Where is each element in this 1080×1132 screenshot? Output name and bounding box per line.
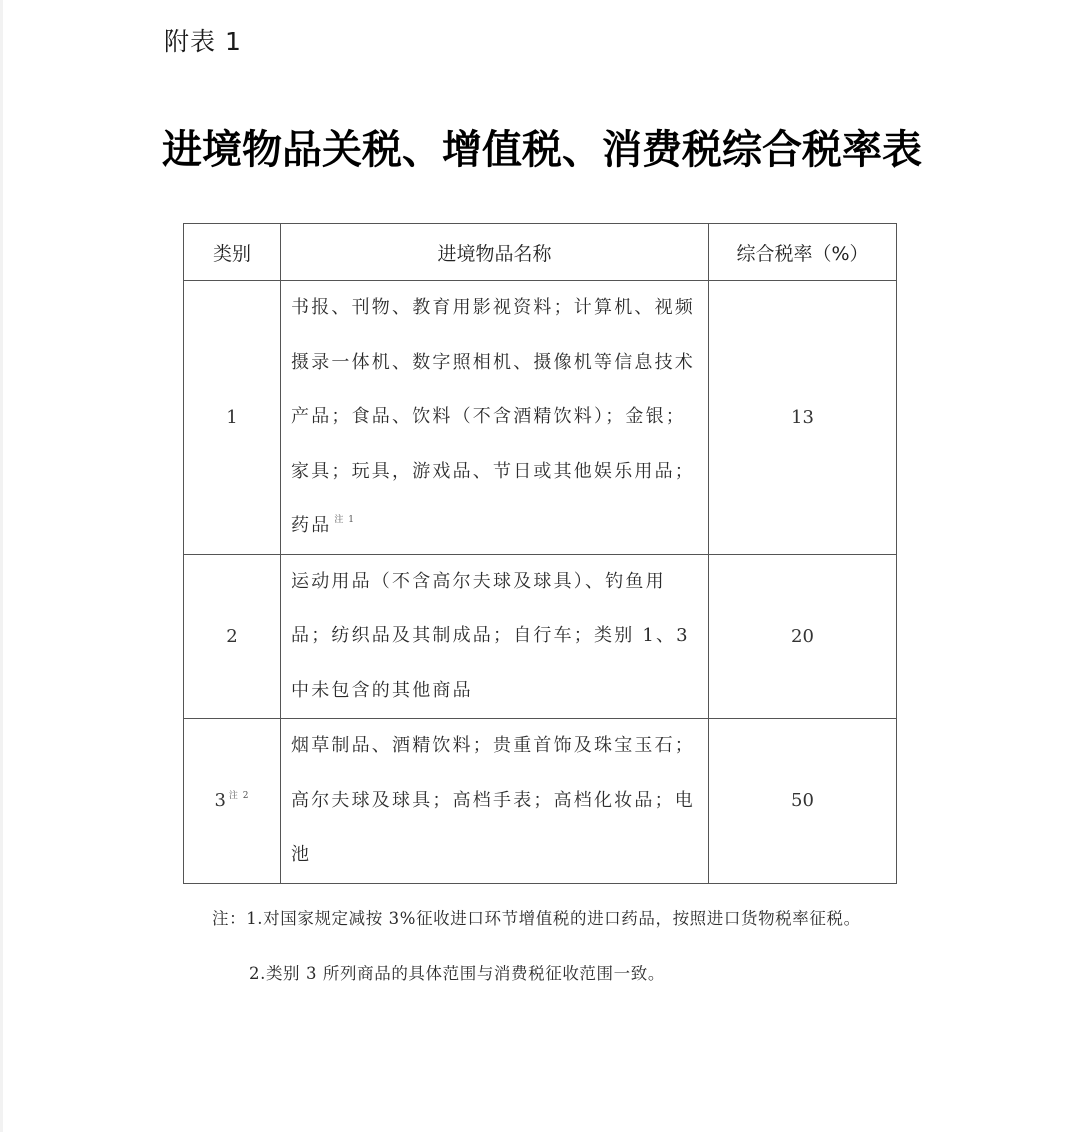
category-cell: 3注 2 [184, 719, 281, 884]
category-cell: 1 [184, 281, 281, 555]
tax-rate-table: 类别 进境物品名称 综合税率（%） 1 书报、刊物、教育用影视资料；计算机、视频… [183, 223, 897, 884]
footnote-ref: 注 1 [334, 515, 355, 525]
rate-value: 13 [791, 407, 814, 428]
footnote-1: 注：1.对国家规定减按 3%征收进口环节增值税的进口药品，按照进口货物税率征税。 [212, 905, 861, 929]
rate-value: 50 [791, 790, 814, 811]
table-header-row: 类别 进境物品名称 综合税率（%） [184, 224, 897, 281]
item-list-text: 烟草制品、酒精饮料；贵重首饰及珠宝玉石；高尔夫球及球具；高档手表；高档化妆品；电… [291, 735, 695, 865]
rate-cell: 50 [709, 719, 897, 884]
category-value: 2 [226, 626, 237, 647]
rate-cell: 20 [709, 554, 897, 719]
table-row: 3注 2 烟草制品、酒精饮料；贵重首饰及珠宝玉石；高尔夫球及球具；高档手表；高档… [184, 719, 897, 884]
header-rate: 综合税率（%） [709, 224, 897, 281]
rate-value: 20 [791, 626, 814, 647]
item-name-cell: 书报、刊物、教育用影视资料；计算机、视频摄录一体机、数字照相机、摄像机等信息技术… [281, 281, 709, 555]
category-cell: 2 [184, 554, 281, 719]
footnote-ref: 注 2 [229, 791, 250, 801]
page-edge [0, 0, 3, 1132]
rate-cell: 13 [709, 281, 897, 555]
category-value: 1 [226, 407, 237, 428]
table-row: 2 运动用品（不含高尔夫球及球具）、钓鱼用品；纺织品及其制成品；自行车；类别 1… [184, 554, 897, 719]
item-name-cell: 烟草制品、酒精饮料；贵重首饰及珠宝玉石；高尔夫球及球具；高档手表；高档化妆品；电… [281, 719, 709, 884]
item-list-text: 书报、刊物、教育用影视资料；计算机、视频摄录一体机、数字照相机、摄像机等信息技术… [291, 297, 695, 536]
header-category: 类别 [184, 224, 281, 281]
table-row: 1 书报、刊物、教育用影视资料；计算机、视频摄录一体机、数字照相机、摄像机等信息… [184, 281, 897, 555]
item-list-text: 运动用品（不含高尔夫球及球具）、钓鱼用品；纺织品及其制成品；自行车；类别 1、3… [291, 571, 690, 701]
footnote-2: 2.类别 3 所列商品的具体范围与消费税征收范围一致。 [249, 960, 665, 984]
item-name-cell: 运动用品（不含高尔夫球及球具）、钓鱼用品；纺织品及其制成品；自行车；类别 1、3… [281, 554, 709, 719]
appendix-label: 附表 1 [164, 22, 242, 58]
document-title: 进境物品关税、增值税、消费税综合税率表 [162, 118, 922, 175]
category-value: 3 [214, 790, 225, 811]
header-item-name: 进境物品名称 [281, 224, 709, 281]
